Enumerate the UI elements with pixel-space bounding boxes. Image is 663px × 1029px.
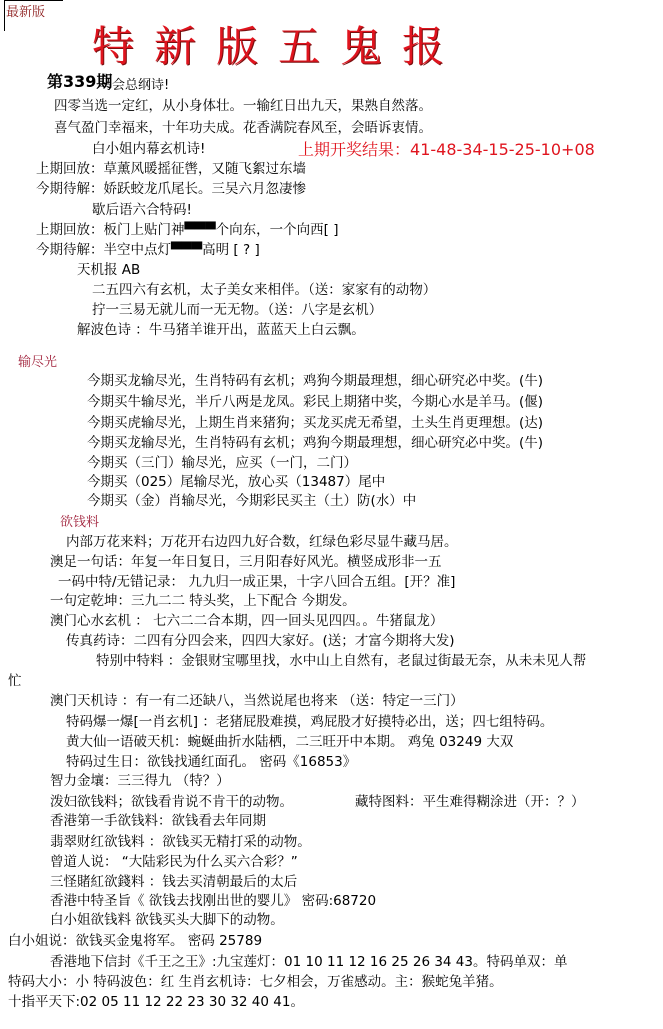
list-item: 一码中特/无错记录： 九九归一成正果，十字八回合五组。[开？准] (58, 576, 455, 590)
section-heading: 歇后语六合特码! (92, 204, 192, 218)
list-item: 白小姐欲钱料 欲钱买头大脚下的动物。 (50, 914, 284, 928)
list-item: 今期买龙输尽光，生肖特码有玄机；鸡狗今期最理想，细心研究必中奖。(牛) (87, 437, 543, 451)
review-line: 上期回放：板门上贴门神▀▀▀个向东，一个向西[ ] (36, 224, 338, 238)
list-item: 内部万花来料；万花开右边四九好合数，红绿色彩尽显牛藏马居。 (66, 536, 458, 550)
poem-line: 喜气盈门幸福来，十年功夫成。花香满院春风至，会晤诉衷情。 (54, 122, 432, 136)
list-item: 特码爆一爆[一肖玄机] ：老猪屁股难摸，鸡屁股才好摸特必出，送；四七组特码。 (66, 716, 553, 730)
section-heading: 天机报 AB (77, 264, 140, 278)
list-item: 今期买牛输尽光，半斤八两是龙凤。彩民上期猪中奖，今期心水是羊马。(偃) (87, 396, 543, 410)
section-heading: 输尽光 (18, 356, 57, 369)
list-item: 澳门天机诗 ：有一有二还缺八，当然说尾也将来 （送：特定一三门） (50, 695, 464, 709)
list-item: 三怪賭紅欲錢料 ：钱去买清朝最后的太后 (50, 876, 297, 890)
pending-line: 今期待解：娇跃蛟龙爪尾长。三吴六月忽凄惨 (36, 183, 306, 197)
last-result: 上期开奖结果：41-48-34-15-25-10+08 (298, 142, 595, 158)
tianji-line: 二五四六有玄机，太子美女来相伴。（送：家家有的动物） (92, 284, 436, 298)
list-item: 曾道人说： “大陆彩民为什么买六合彩？” (50, 856, 298, 870)
list-item: 翡翠财红欲钱料 ：欲钱买无精打采的动物。 (50, 836, 311, 850)
tianji-line: 拧一三易无就儿而一无无物。（送：八字是玄机） (92, 304, 382, 318)
pending-line: 今期待解：半空中点灯▀▀▀高明 [ ? ] (36, 244, 260, 258)
issue-subtitle: 马会总纲诗! (99, 79, 169, 92)
list-item: 特别中特料 ：金银财宝哪里找，水中山上自然有，老鼠过街最无奈，从未未见人帮 (96, 655, 586, 669)
list-item: 白小姐说：欲钱买金鬼将军。 密码 25789 (8, 935, 262, 949)
wave-poem: 解波色诗 ：牛马猪羊谁开出，蓝蓝天上白云飘。 (77, 324, 365, 338)
list-item: 今期买（三门）输尽光，应买（一门，二门） (87, 457, 357, 471)
list-item: 香港中特圣旨《 欲钱去找刚出世的婴儿》 密码:68720 (50, 895, 376, 909)
corner-badge: 最新版 (6, 6, 45, 19)
list-item: 澳足一句话：年复一年日复日，三月阳春好风光。横竖成形非一五 (50, 556, 442, 570)
list-item: 忙 (8, 675, 22, 689)
last-result-label: 上期开奖结果： (298, 140, 410, 159)
list-item: 智力金壤：三三得九 （特？） (50, 775, 230, 789)
list-item: 今期买虎输尽光，上期生肖来猪狗；买龙买虎无希望，土头生肖更理想。(达) (87, 417, 543, 431)
list-item: 十指平天下:02 05 11 12 22 23 30 32 40 41。 (8, 996, 304, 1010)
list-item: 泼妇欲钱料；欲钱看肯说不肯干的动物。 (50, 796, 293, 810)
list-item: 传真药诗：二四有分四会来，四四大家好。(送；才富今期将大发) (66, 635, 455, 649)
list-item: 澳门心水玄机 ： 七六二二合本期，四一回头见四四。。牛猪鼠龙） (50, 615, 443, 629)
list-item: 特码大小：小 特码波色：红 生肖玄机诗：七夕相会，万雀感动。主：猴蛇兔羊猪。 (8, 976, 503, 990)
section-heading: 白小姐内幕玄机诗! (92, 143, 205, 157)
list-item: 黄大仙一语破天机：蜿蜒曲折水陆栖，二三旺开中本期。 鸡兔 03249 大双 (66, 736, 513, 750)
list-item: 今期买（金）肖输尽光，今期彩民买主（土）防(水）中 (87, 495, 416, 509)
list-item: 香港地下信封《千王之王》:九宝莲灯：01 10 11 12 16 25 26 3… (50, 956, 567, 970)
list-item: 藏特图料：平生难得糊涂进（开：？） (355, 796, 585, 810)
poem-line: 四零当选一定红，从小身体壮。一输红日出九天，果熟自然落。 (54, 100, 432, 114)
page-title: 特新版五鬼报 (92, 26, 464, 68)
list-item: 今期买（025）尾输尽光，放心买（13487）尾中 (87, 476, 385, 490)
list-item: 今期买龙输尽光，生肖特码有玄机；鸡狗今期最理想，细心研究必中奖。(牛) (87, 375, 543, 389)
review-line: 上期回放：草薰风暖摇征辔，又随飞絮过东墙 (36, 163, 306, 177)
list-item: 特码过生日：欲钱找通红面孔。 密码《16853》 (66, 756, 356, 770)
section-heading: 欲钱料 (60, 516, 99, 529)
list-item: 一句定乾坤：三九二二 特头奖，上下配合 今期发。 (50, 595, 356, 609)
last-result-numbers: 41-48-34-15-25-10+08 (410, 140, 595, 159)
list-item: 香港第一手欲钱料：欲钱看去年同期 (50, 815, 266, 829)
